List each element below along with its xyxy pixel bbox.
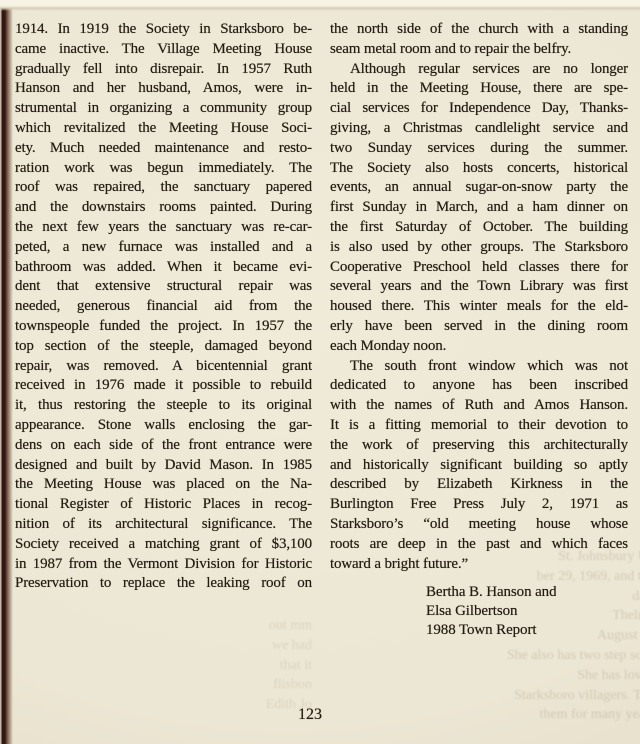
ghost-text-line: out mm	[228, 618, 312, 638]
signature-line: Elsa Gilbertson	[426, 603, 556, 622]
text-line: cial services for Independence Day, Than…	[330, 100, 628, 120]
ghost-text-line: that it	[228, 658, 312, 678]
text-line: erly have been served in the dining room	[330, 318, 628, 338]
text-line: Society received a matching grant of $3,…	[15, 536, 312, 556]
text-line: designed and built by David Mason. In 19…	[15, 457, 312, 477]
text-line: each Monday noon.	[330, 338, 628, 358]
text-line: roots are deep in the past and which fac…	[330, 536, 628, 556]
text-line: needed, generous financial aid from the	[15, 298, 312, 318]
ghost-text-line: Starksboro villagers. The	[470, 688, 640, 708]
text-line: dens on each side of the front entrance …	[15, 437, 312, 457]
text-line: gradually fell into disrepair. In 1957 R…	[15, 61, 312, 81]
text-line: in 1987 from the Vermont Division for Hi…	[15, 556, 312, 576]
ghost-text-line: She has loved	[470, 668, 640, 688]
ghost-text-line: flisbon	[228, 677, 312, 697]
left-text-column: 1914. In 1919 the Society in Starksboro …	[15, 21, 312, 595]
text-line: appearance. Stone walls enclosing the ga…	[15, 417, 312, 437]
scan-top-edge	[0, 0, 640, 11]
text-line: repair, was removed. A bicentennial gran…	[15, 358, 312, 378]
text-line: top section of the steeple, damaged beyo…	[15, 338, 312, 358]
text-line: Preservation to replace the leaking roof…	[15, 575, 312, 595]
text-line: events, an annual sugar-on-snow party th…	[330, 179, 628, 199]
text-line: and the downstairs rooms painted. During	[15, 199, 312, 219]
text-line: peted, a new furnace was installed and a	[15, 239, 312, 259]
text-line: 1914. In 1919 the Society in Starksboro …	[15, 21, 312, 41]
bleedthrough-text-left: out mmwe hadthat itflisbonEdith Jo	[228, 618, 312, 717]
text-line: first Sunday in March, and a ham dinner …	[330, 199, 628, 219]
right-text-column: the north side of the church with a stan…	[330, 21, 628, 575]
text-line: toward a bright future.”	[330, 556, 628, 576]
text-line: the work of preserving this architectura…	[330, 437, 628, 457]
text-line: with the names of Ruth and Amos Hanson.	[330, 397, 628, 417]
ghost-text-line: them for many years	[470, 707, 640, 727]
text-line: came inactive. The Village Meeting House	[15, 41, 312, 61]
text-line: tional Register of Historic Places in re…	[15, 496, 312, 516]
text-line: described by Elizabeth Kirkness in the	[330, 476, 628, 496]
text-line: dedicated to anyone has been inscribed	[330, 377, 628, 397]
scanned-book-page: St. Johnsbury Unber 29, 1969, and theday…	[0, 0, 640, 744]
text-line: the next few years the sanctuary was re-…	[15, 219, 312, 239]
text-line: It is a fitting memorial to their devoti…	[330, 417, 628, 437]
signature-line: Bertha B. Hanson and	[426, 584, 556, 603]
text-line: the north side of the church with a stan…	[330, 21, 628, 41]
text-line: Starksboro’s “old meeting house whose	[330, 516, 628, 536]
text-line: it, thus restoring the steeple to its or…	[15, 397, 312, 417]
text-line: Although regular services are no longer	[330, 61, 628, 81]
text-line: nition of its architectural significance…	[15, 516, 312, 536]
attribution-signature-block: Bertha B. Hanson andElsa Gilbertson1988 …	[426, 584, 556, 642]
text-line: strumental in organizing a community gro…	[15, 100, 312, 120]
text-line: is also used by other groups. The Starks…	[330, 239, 628, 259]
ghost-text-line: She also has two step sons	[470, 648, 640, 668]
scan-gutter-edge	[0, 0, 14, 744]
page-number: 123	[270, 706, 350, 724]
text-line: giving, a Christmas candlelight service …	[330, 120, 628, 140]
text-line: The Society also hosts concerts, histori…	[330, 160, 628, 180]
text-line: the Meeting House was placed on the Na-	[15, 476, 312, 496]
ghost-text-line: we had	[228, 638, 312, 658]
text-line: received in 1976 made it possible to reb…	[15, 377, 312, 397]
text-line: dent that extensive structural repair wa…	[15, 278, 312, 298]
text-line: held in the Meeting House, there are spe…	[330, 80, 628, 100]
text-line: ety. Much needed maintenance and resto-	[15, 140, 312, 160]
text-line: the first Saturday of October. The build…	[330, 219, 628, 239]
text-line: which revitalized the Meeting House Soci…	[15, 120, 312, 140]
text-line: roof was repaired, the sanctuary papered	[15, 179, 312, 199]
text-line: Hanson and her husband, Amos, were in-	[15, 80, 312, 100]
signature-line: 1988 Town Report	[426, 622, 556, 641]
text-line: housed there. This winter meals for the …	[330, 298, 628, 318]
text-line: townspeople funded the project. In 1957 …	[15, 318, 312, 338]
text-line: Burlington Free Press July 2, 1971 as	[330, 496, 628, 516]
text-line: bathroom was added. When it became evi-	[15, 259, 312, 279]
text-line: seam metal room and to repair the belfry…	[330, 41, 628, 61]
text-line: and historically significant building so…	[330, 457, 628, 477]
text-line: The south front window which was not	[330, 358, 628, 378]
text-line: several years and the Town Library was f…	[330, 278, 628, 298]
text-line: ration work was begun immediately. The	[15, 160, 312, 180]
text-line: Cooperative Preschool held classes there…	[330, 259, 628, 279]
text-line: two Sunday services during the summer.	[330, 140, 628, 160]
